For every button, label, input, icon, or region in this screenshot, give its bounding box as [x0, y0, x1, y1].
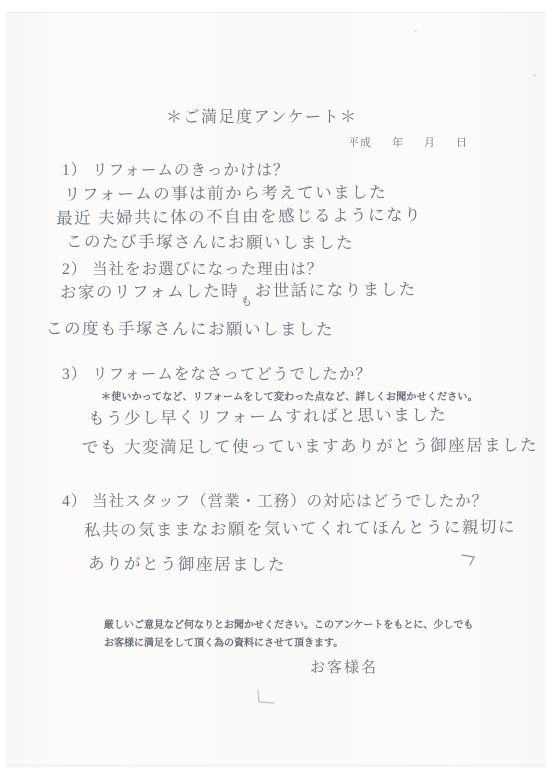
question-1-answer-line-2: 最近 夫婦共に体の不自由を感じるようになり	[56, 201, 422, 229]
scan-speck	[414, 30, 417, 32]
paper-top-edge	[6, 12, 546, 13]
scan-speck	[533, 74, 536, 77]
date-day-label: 日	[456, 134, 468, 150]
question-3-answer-line-1: もう少し早くリフォームすればと思いました	[88, 401, 447, 429]
question-1-answer-line-3: このたび手塚さんにお願いしました	[66, 228, 354, 254]
stray-pen-corner-mark	[256, 690, 276, 706]
question-2-label: 2） 当社をお選びになった理由は？	[62, 257, 323, 279]
form-title: ＊ご満足度アンケート＊	[166, 104, 358, 127]
answer-text: お世話になりました	[255, 281, 417, 300]
footer-note-line-1: 厳しいご意見など何なりとお聞かせください。このアンケートをもとに、少しでも	[104, 616, 473, 631]
scanned-questionnaire: ＊ご満足度アンケート＊ 平成 年 月 日 1） リフォームのきっかけは？ リフォ…	[0, 0, 552, 780]
paper-bottom-edge	[6, 765, 546, 766]
date-month-label: 月	[424, 134, 436, 150]
question-3-label: 3） リフォームをなさってどうでしたか？	[62, 362, 372, 384]
date-year-label: 年	[392, 134, 404, 150]
question-1-label: 1） リフォームのきっかけは？	[62, 158, 289, 180]
question-3-answer-line-2: でも 大変満足して使っていますありがとう御座居ました	[82, 432, 538, 458]
customer-name-label: お客様名	[310, 656, 378, 677]
question-4-answer-line-2: ありがとう御座居ました	[88, 550, 286, 575]
footer-note-line-2: お客様に満足をして頂く為の資料にさせて頂きます。	[104, 634, 343, 649]
date-era-label: 平成	[348, 134, 372, 150]
question-4-answer-line-1: 私共の気ままなお願を気いてくれてほんとうに親切に	[84, 513, 516, 541]
date-line: 平成 年 月 日	[348, 134, 468, 150]
answer-text: お家のリフォムした時	[60, 282, 239, 302]
question-2-answer-line-2: この度も手塚さんにお願いしました	[46, 315, 334, 340]
question-4-label: 4） 当社スタッフ（営業・工務）の対応はどうでしたか？	[62, 489, 488, 511]
question-2-answer-line-1: お家のリフォムした時もお世話になりました	[60, 276, 417, 303]
inserted-character: も	[240, 292, 254, 309]
stray-pen-arrow-mark	[461, 554, 477, 566]
paper-sheet: ＊ご満足度アンケート＊ 平成 年 月 日 1） リフォームのきっかけは？ リフォ…	[6, 12, 546, 768]
